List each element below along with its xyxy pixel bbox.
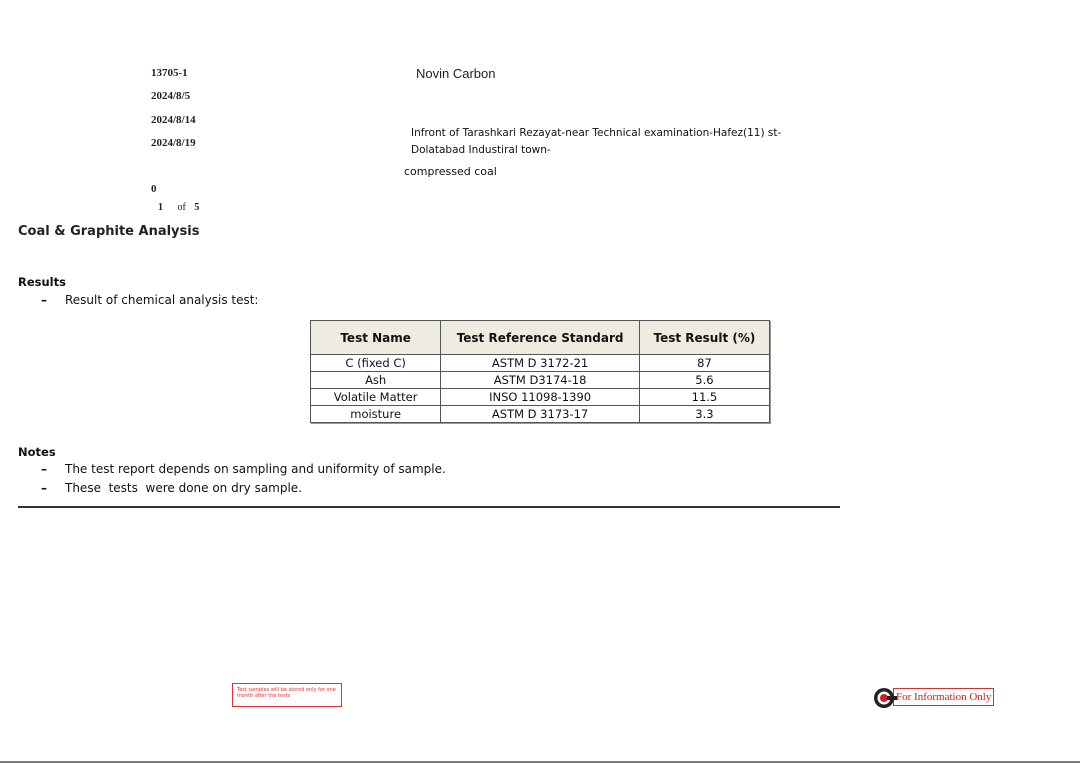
cell-reference-standard: INSO 11098-1390: [441, 389, 640, 406]
date-tested: 2024/8/14: [151, 114, 196, 126]
note-text: These tests were done on dry sample.: [65, 481, 302, 495]
notes-heading: Notes: [18, 445, 56, 459]
table-row: moisture ASTM D 3173-17 3.3: [311, 406, 770, 423]
lab-logo-icon: [873, 686, 895, 708]
cell-test-name: C (fixed C): [311, 355, 441, 372]
column-header-reference-standard: Test Reference Standard: [441, 321, 640, 355]
cell-test-result: 87: [639, 355, 769, 372]
page-of-label: of: [178, 202, 186, 213]
results-intro: – Result of chemical analysis test:: [41, 293, 258, 307]
date-received: 2024/8/5: [151, 90, 190, 102]
company-address: Infront of Tarashkari Rezayat-near Techn…: [411, 125, 781, 159]
cell-reference-standard: ASTM D 3172-21: [441, 355, 640, 372]
sample-storage-stamp: Test samples will be stored only for one…: [232, 683, 342, 707]
cell-reference-standard: ASTM D 3173-17: [441, 406, 640, 423]
revision-number: 0: [151, 183, 157, 195]
address-line-1: Infront of Tarashkari Rezayat-near Techn…: [411, 125, 781, 142]
address-line-2: Dolatabad Industiral town-: [411, 142, 781, 159]
cell-test-name: Ash: [311, 372, 441, 389]
note-text: The test report depends on sampling and …: [65, 462, 446, 476]
column-header-test-name: Test Name: [311, 321, 441, 355]
document-title: Coal & Graphite Analysis: [18, 224, 199, 239]
date-issued: 2024/8/19: [151, 137, 196, 149]
results-table: Test Name Test Reference Standard Test R…: [310, 320, 770, 423]
table-row: C (fixed C) ASTM D 3172-21 87: [311, 355, 770, 372]
report-number: 13705-1: [151, 67, 188, 79]
note-item: – These tests were done on dry sample.: [41, 481, 302, 495]
dash-bullet: –: [41, 481, 51, 495]
table-row: Volatile Matter INSO 11098-1390 11.5: [311, 389, 770, 406]
cell-test-result: 5.6: [639, 372, 769, 389]
dash-bullet: –: [41, 293, 51, 307]
section-divider: [18, 506, 840, 508]
column-header-test-result: Test Result (%): [639, 321, 769, 355]
information-only-stamp: For Information Only: [873, 686, 994, 708]
cell-test-name: Volatile Matter: [311, 389, 441, 406]
note-item: – The test report depends on sampling an…: [41, 462, 446, 476]
table-header-row: Test Name Test Reference Standard Test R…: [311, 321, 770, 355]
sample-type: compressed coal: [404, 165, 497, 178]
page-current: 1: [158, 202, 163, 213]
results-heading: Results: [18, 275, 66, 289]
cell-reference-standard: ASTM D3174-18: [441, 372, 640, 389]
dash-bullet: –: [41, 462, 51, 476]
results-intro-text: Result of chemical analysis test:: [65, 293, 258, 307]
table-row: Ash ASTM D3174-18 5.6: [311, 372, 770, 389]
cell-test-name: moisture: [311, 406, 441, 423]
cell-test-result: 3.3: [639, 406, 769, 423]
page-total: 5: [194, 202, 199, 213]
information-only-label: For Information Only: [893, 688, 994, 706]
cell-test-result: 11.5: [639, 389, 769, 406]
page-indicator: 1 of 5: [158, 202, 199, 213]
company-name: Novin Carbon: [416, 66, 496, 81]
